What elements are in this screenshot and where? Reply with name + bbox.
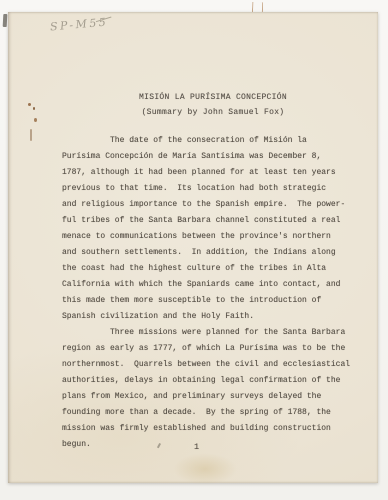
binder-edge-mark <box>3 14 8 27</box>
body-paragraph: The date of the consecration of Misión l… <box>62 133 364 325</box>
age-stain <box>173 453 237 485</box>
typewritten-text-block: MISIÓN LA PURÍSIMA CONCEPCIÓN (Summary b… <box>62 90 364 453</box>
document-subtitle: (Summary by John Samuel Fox) <box>62 105 364 120</box>
catalog-number-annotation: SP-M55 <box>50 15 109 33</box>
scan-background: Not Reg. SP-M55 MISIÓN LA PURÍSIMA CONCE… <box>0 0 388 500</box>
page-number: 1 <box>194 442 199 452</box>
rust-stain <box>28 103 31 106</box>
rust-stain <box>34 118 37 122</box>
document-title: MISIÓN LA PURÍSIMA CONCEPCIÓN <box>62 90 364 105</box>
document-page: SP-M55 MISIÓN LA PURÍSIMA CONCEPCIÓN (Su… <box>8 12 378 483</box>
body-paragraph: Three missions were planned for the Sant… <box>62 325 364 453</box>
rust-stain <box>33 107 35 110</box>
rust-stain <box>30 129 32 141</box>
